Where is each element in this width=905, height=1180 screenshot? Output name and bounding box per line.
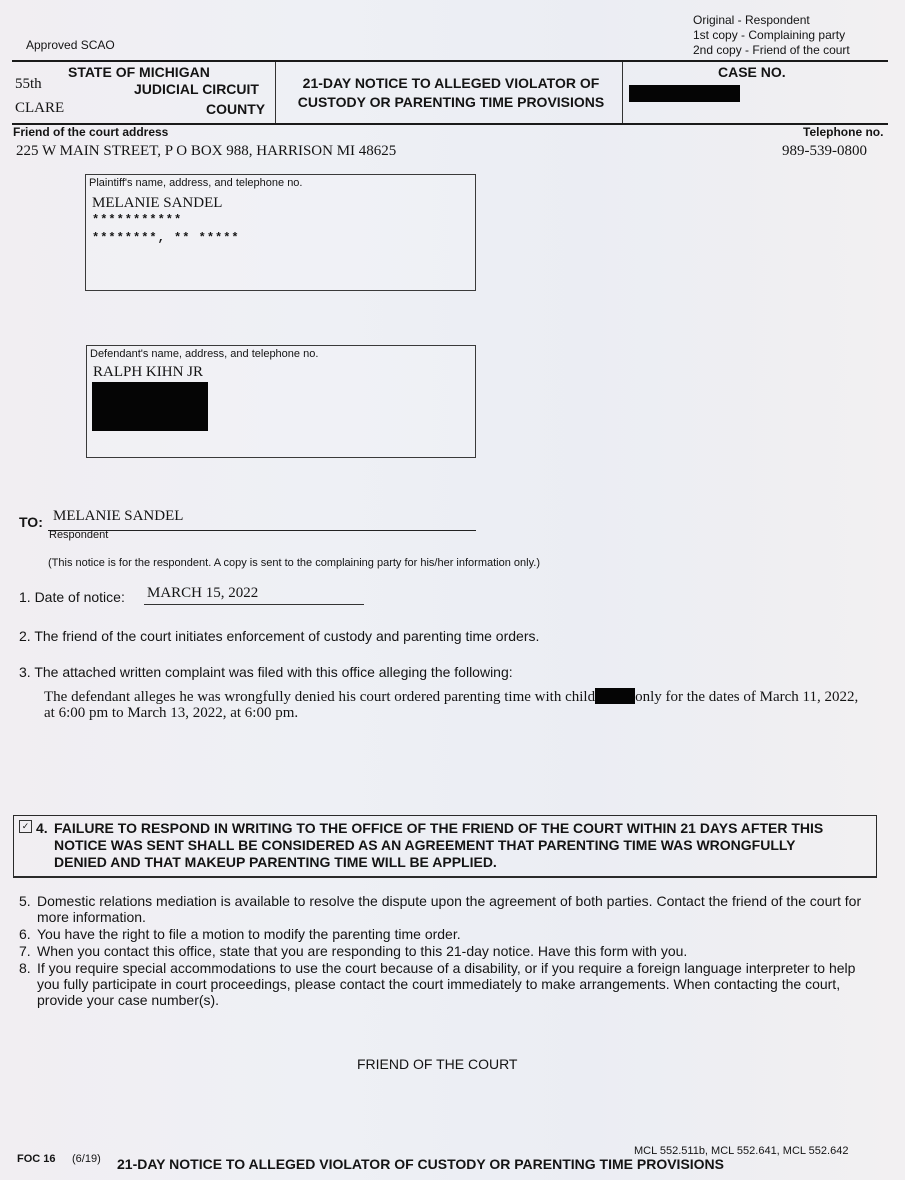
copy-second: 2nd copy - Friend of the court bbox=[693, 43, 850, 58]
copy-first: 1st copy - Complaining party bbox=[693, 28, 850, 43]
respondent-underline bbox=[48, 530, 476, 531]
defendant-label: Defendant's name, address, and telephone… bbox=[90, 348, 318, 360]
list-item-text: When you contact this office, state that… bbox=[37, 943, 879, 959]
list-item-text: You have the right to file a motion to m… bbox=[37, 926, 879, 942]
county-label: COUNTY bbox=[206, 101, 265, 117]
respondent-name: MELANIE SANDEL bbox=[53, 508, 183, 525]
date-of-notice: MARCH 15, 2022 bbox=[147, 585, 258, 602]
item-3: 3. The attached written complaint was fi… bbox=[19, 664, 513, 680]
judicial-circuit-label: JUDICIAL CIRCUIT bbox=[134, 81, 259, 97]
county-name: CLARE bbox=[15, 100, 64, 117]
defendant-name: RALPH KIHN JR bbox=[93, 364, 203, 381]
allegation-text: The defendant alleges he was wrongfully … bbox=[44, 688, 864, 721]
item-4-body: FAILURE TO RESPOND IN WRITING TO THE OFF… bbox=[36, 820, 836, 871]
defendant-box: Defendant's name, address, and telephone… bbox=[86, 345, 476, 458]
form-revision: (6/19) bbox=[72, 1153, 101, 1165]
circuit-number: 55th bbox=[15, 76, 42, 93]
list-item: 5.Domestic relations mediation is availa… bbox=[19, 893, 879, 925]
plaintiff-label: Plaintiff's name, address, and telephone… bbox=[89, 177, 303, 189]
copy-original: Original - Respondent bbox=[693, 13, 850, 28]
instructions-list: 5.Domestic relations mediation is availa… bbox=[19, 893, 879, 1009]
telephone-label: Telephone no. bbox=[803, 125, 883, 139]
plaintiff-city-line: ********, ** ***** bbox=[92, 231, 240, 245]
foc-address-label: Friend of the court address bbox=[13, 125, 168, 139]
approved-scao: Approved SCAO bbox=[26, 38, 115, 52]
form-title-line1: 21-DAY NOTICE TO ALLEGED VIOLATOR OF bbox=[279, 74, 623, 93]
respondent-label: Respondent bbox=[49, 529, 108, 541]
header-top-rule bbox=[12, 60, 888, 62]
defendant-address-redaction bbox=[92, 382, 208, 431]
plaintiff-address-line: *********** bbox=[92, 213, 182, 227]
header-divider bbox=[275, 62, 276, 123]
state-label: STATE OF MICHIGAN bbox=[68, 64, 210, 80]
list-item-text: Domestic relations mediation is availabl… bbox=[37, 893, 879, 925]
allegation-part1: The defendant alleges he was wrongfully … bbox=[44, 689, 595, 705]
to-label: TO: bbox=[19, 514, 43, 530]
form-title-line2: CUSTODY OR PARENTING TIME PROVISIONS bbox=[279, 93, 623, 112]
list-item-number: 6. bbox=[19, 926, 37, 942]
date-underline bbox=[144, 604, 364, 605]
footer-title: 21-DAY NOTICE TO ALLEGED VIOLATOR OF CUS… bbox=[117, 1156, 724, 1172]
item-4-text: 4. FAILURE TO RESPOND IN WRITING TO THE … bbox=[36, 820, 836, 871]
item-4-box: ✓ 4. FAILURE TO RESPOND IN WRITING TO TH… bbox=[13, 815, 877, 878]
plaintiff-box: Plaintiff's name, address, and telephone… bbox=[85, 174, 476, 291]
case-number-label: CASE NO. bbox=[718, 64, 786, 80]
notice-note: (This notice is for the respondent. A co… bbox=[48, 557, 540, 569]
list-item-number: 7. bbox=[19, 943, 37, 959]
item-4-number: 4. bbox=[36, 820, 48, 837]
list-item-number: 5. bbox=[19, 893, 37, 925]
item-4-checkbox[interactable]: ✓ bbox=[19, 820, 32, 833]
foc-address: 225 W MAIN STREET, P O BOX 988, HARRISON… bbox=[16, 143, 396, 160]
foc-telephone: 989-539-0800 bbox=[782, 143, 867, 160]
list-item: 7.When you contact this office, state th… bbox=[19, 943, 879, 959]
signature-line: FRIEND OF THE COURT bbox=[357, 1056, 518, 1072]
list-item: 6.You have the right to file a motion to… bbox=[19, 926, 879, 942]
copy-distribution: Original - Respondent 1st copy - Complai… bbox=[693, 13, 850, 58]
case-number-redaction bbox=[629, 85, 740, 102]
child-name-redaction bbox=[595, 688, 635, 704]
item-2: 2. The friend of the court initiates enf… bbox=[19, 628, 539, 644]
list-item-number: 8. bbox=[19, 960, 37, 1008]
form-title: 21-DAY NOTICE TO ALLEGED VIOLATOR OF CUS… bbox=[279, 74, 623, 112]
list-item-text: If you require special accommodations to… bbox=[37, 960, 879, 1008]
form-id: FOC 16 bbox=[17, 1153, 56, 1165]
list-item: 8.If you require special accommodations … bbox=[19, 960, 879, 1008]
item-1-label: 1. Date of notice: bbox=[19, 589, 125, 605]
plaintiff-name: MELANIE SANDEL bbox=[92, 195, 222, 212]
